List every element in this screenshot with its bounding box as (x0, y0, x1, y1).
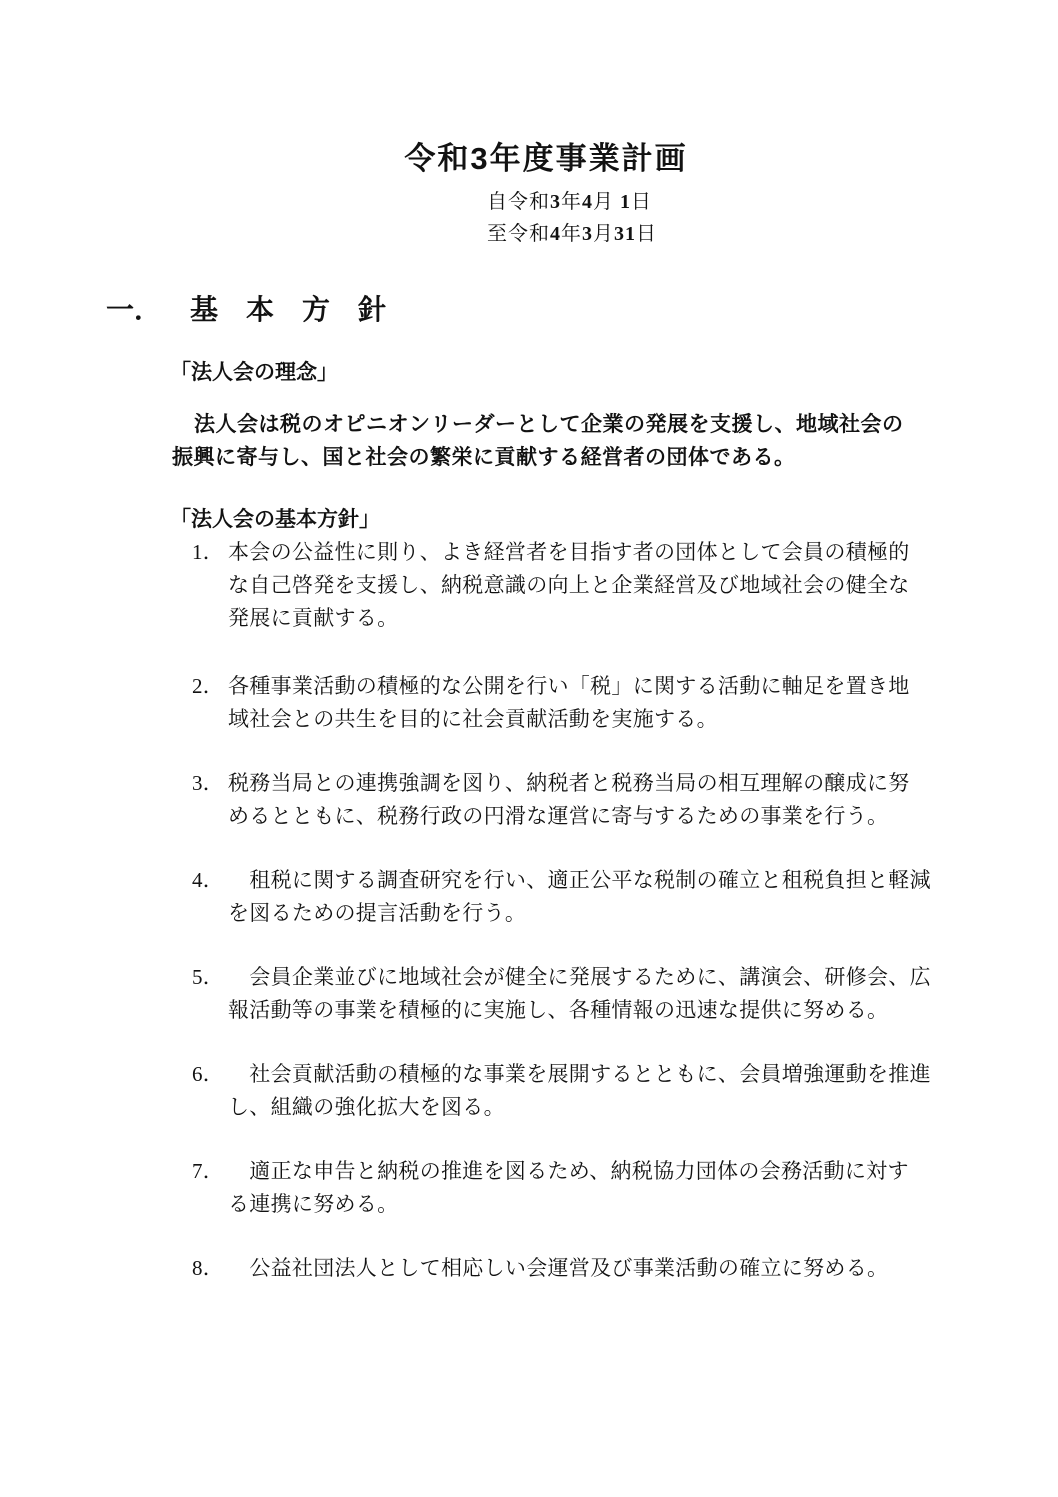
policy-item: 8． 公益社団法人として相応しい会運営及び事業活動の確立に努める。 (192, 1252, 1058, 1285)
policy-item: 5． 会員企業並びに地域社会が健全に発展するために、講演会、研修会、広報活動等の… (192, 961, 1058, 1027)
principle-line: 法人会は税のオピニオンリーダーとして企業の発展を支援し、地域社会の (172, 408, 932, 441)
policy-item: 1．本会の公益性に則り、よき経営者を目指す者の団体として会員の積極的な自己啓発を… (192, 536, 1058, 635)
item-text: 税務当局との連携強調を図り、納税者と税務当局の相互理解の醸成に努めるとともに、税… (228, 767, 1058, 833)
principle-line: 振興に寄与し、国と社会の繁栄に貢献する経営者の団体である。 (172, 441, 932, 474)
item-line: 報活動等の事業を積極的に実施し、各種情報の迅速な提供に努める。 (228, 994, 1058, 1027)
item-number: 8． (192, 1252, 228, 1285)
item-line: る連携に努める。 (228, 1188, 1058, 1221)
item-number: 2． (192, 670, 228, 736)
item-text: 各種事業活動の積極的な公開を行い「税」に関する活動に軸足を置き地域社会との共生を… (228, 670, 1058, 736)
policy-item: 4． 租税に関する調査研究を行い、適正公平な税制の確立と租税負担と軽減を図るため… (192, 864, 1058, 930)
date-from: 自令和3年4月 1日 (487, 186, 1058, 218)
item-text: 租税に関する調査研究を行い、適正公平な税制の確立と租税負担と軽減を図るための提言… (228, 864, 1058, 930)
item-line: 公益社団法人として相応しい会運営及び事業活動の確立に努める。 (228, 1252, 1058, 1285)
item-text: 公益社団法人として相応しい会運営及び事業活動の確立に努める。 (228, 1252, 1058, 1285)
item-line: 社会貢献活動の積極的な事業を展開するとともに、会員増強運動を推進 (228, 1058, 1058, 1091)
item-text: 会員企業並びに地域社会が健全に発展するために、講演会、研修会、広報活動等の事業を… (228, 961, 1058, 1027)
item-line: 会員企業並びに地域社会が健全に発展するために、講演会、研修会、広 (228, 961, 1058, 994)
item-line: し、組織の強化拡大を図る。 (228, 1091, 1058, 1124)
principle-paragraph: 法人会は税のオピニオンリーダーとして企業の発展を支援し、地域社会の振興に寄与し、… (172, 408, 932, 474)
date-to: 至令和4年3月31日 (487, 218, 1058, 250)
item-line: めるとともに、税務行政の円滑な運営に寄与するための事業を行う。 (228, 800, 1058, 833)
item-text: 本会の公益性に則り、よき経営者を目指す者の団体として会員の積極的な自己啓発を支援… (228, 536, 1058, 635)
item-line: 各種事業活動の積極的な公開を行い「税」に関する活動に軸足を置き地 (228, 670, 1058, 703)
document-page: 令和3年度事業計画 自令和3年4月 1日 至令和4年3月31日 一．基 本 方 … (0, 0, 1058, 1497)
item-line: を図るための提言活動を行う。 (228, 897, 1058, 930)
item-line: な自己啓発を支援し、納税意識の向上と企業経営及び地域社会の健全な (228, 569, 1058, 602)
item-line: 発展に貢献する。 (228, 602, 1058, 635)
item-number: 5． (192, 961, 228, 1027)
principle-heading: 「法人会の理念」 (170, 356, 1058, 389)
page-title: 令和3年度事業計画 (0, 0, 1058, 177)
item-number: 1． (192, 536, 228, 635)
item-number: 3． (192, 767, 228, 833)
policy-item: 3．税務当局との連携強調を図り、納税者と税務当局の相互理解の醸成に努めるとともに… (192, 767, 1058, 833)
section-number: 一． (106, 294, 162, 325)
policy-item: 6． 社会貢献活動の積極的な事業を展開するとともに、会員増強運動を推進し、組織の… (192, 1058, 1058, 1124)
policy-heading: 「法人会の基本方針」 (170, 503, 1058, 536)
item-number: 7． (192, 1155, 228, 1221)
item-number: 4． (192, 864, 228, 930)
section-title: 基 本 方 針 (190, 294, 386, 325)
date-block: 自令和3年4月 1日 至令和4年3月31日 (487, 186, 1058, 250)
item-line: 租税に関する調査研究を行い、適正公平な税制の確立と租税負担と軽減 (228, 864, 1058, 897)
policy-item: 7． 適正な申告と納税の推進を図るため、納税協力団体の会務活動に対する連携に努め… (192, 1155, 1058, 1221)
policy-item: 2．各種事業活動の積極的な公開を行い「税」に関する活動に軸足を置き地域社会との共… (192, 670, 1058, 736)
item-text: 適正な申告と納税の推進を図るため、納税協力団体の会務活動に対する連携に努める。 (228, 1155, 1058, 1221)
item-line: 税務当局との連携強調を図り、納税者と税務当局の相互理解の醸成に努 (228, 767, 1058, 800)
item-number: 6． (192, 1058, 228, 1124)
item-line: 適正な申告と納税の推進を図るため、納税協力団体の会務活動に対す (228, 1155, 1058, 1188)
item-text: 社会貢献活動の積極的な事業を展開するとともに、会員増強運動を推進し、組織の強化拡… (228, 1058, 1058, 1124)
item-line: 域社会との共生を目的に社会貢献活動を実施する。 (228, 703, 1058, 736)
policy-list: 1．本会の公益性に則り、よき経営者を目指す者の団体として会員の積極的な自己啓発を… (192, 536, 1058, 1285)
item-line: 本会の公益性に則り、よき経営者を目指す者の団体として会員の積極的 (228, 536, 1058, 569)
section-heading: 一．基 本 方 針 (106, 294, 1058, 326)
